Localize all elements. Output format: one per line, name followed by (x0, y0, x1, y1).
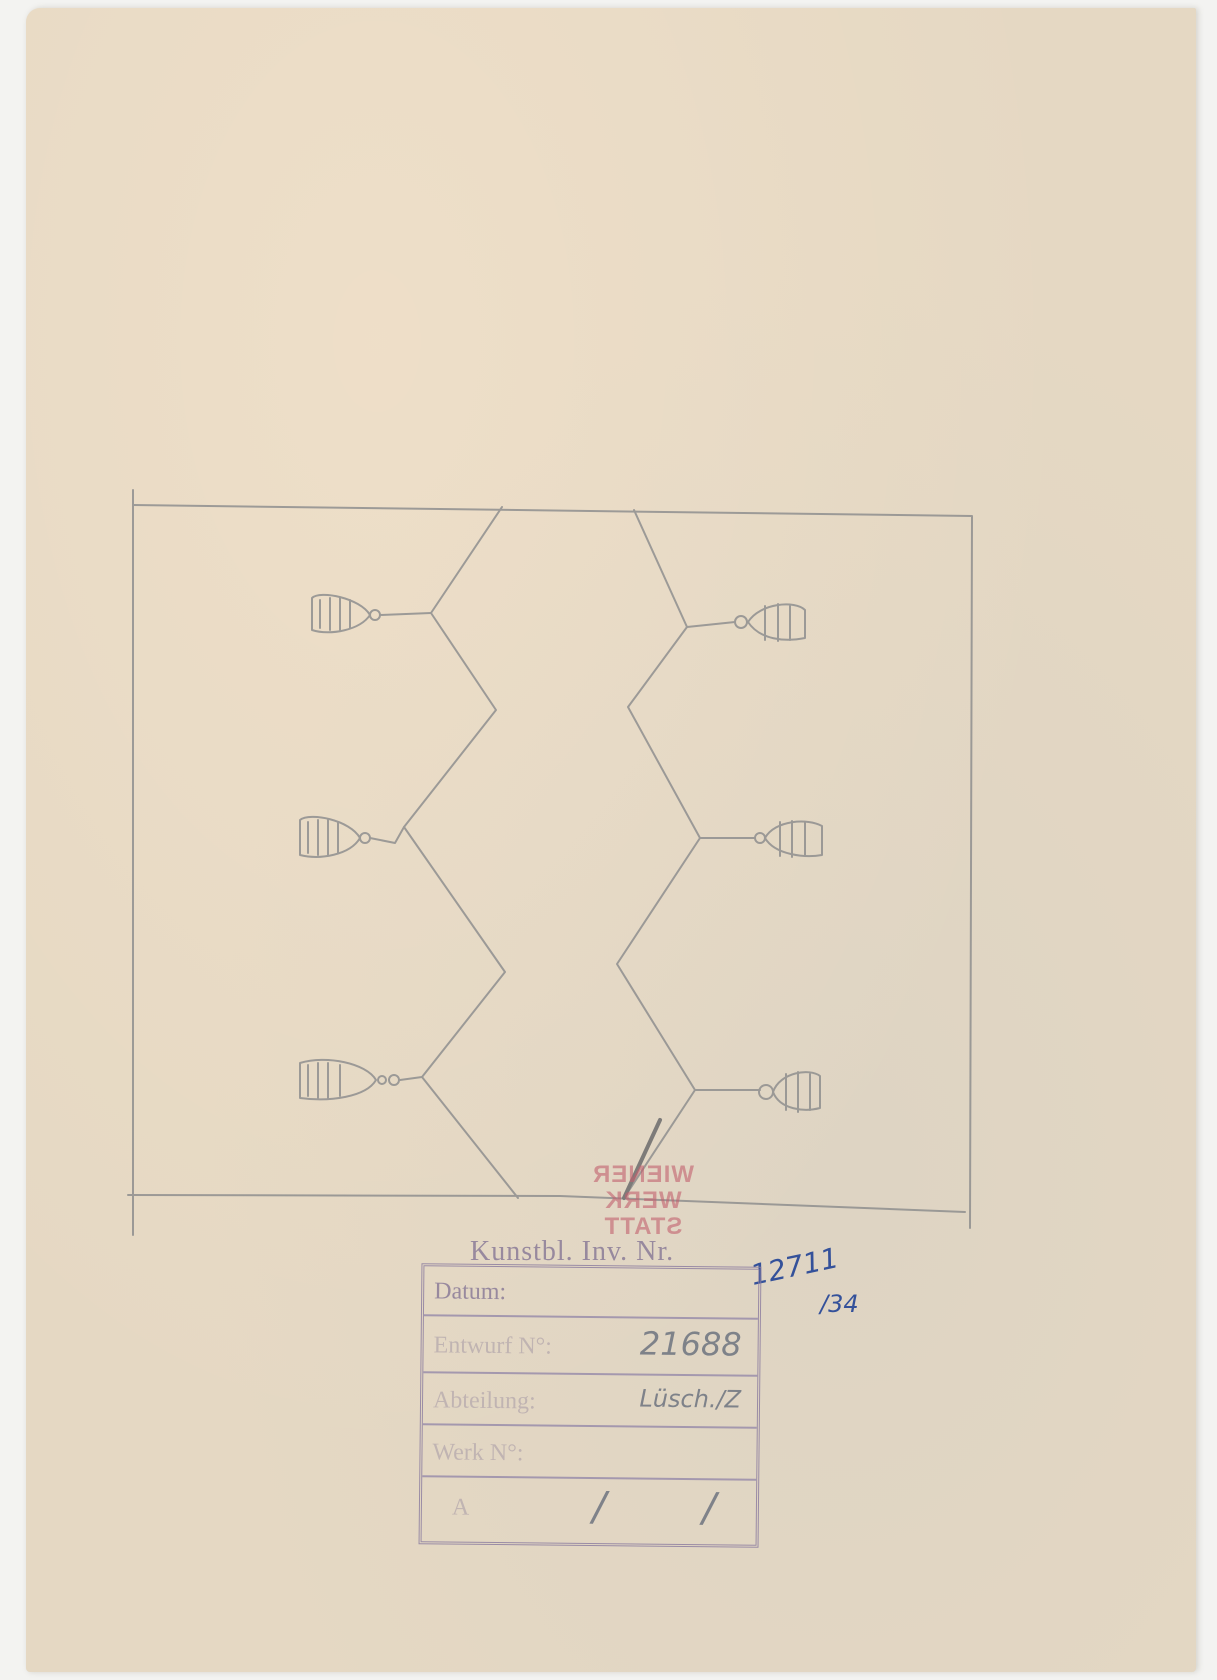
tassel-right-3 (695, 1072, 820, 1112)
stamp-line-2: WERK (588, 1188, 698, 1214)
tassel-left-2 (300, 817, 404, 857)
abteilung-label: Abteilung: (433, 1387, 536, 1414)
record-stamp-box: Datum: Entwurf N°: 21688 Abteilung: Lüsc… (419, 1263, 762, 1548)
bottom-mark-2: / (702, 1480, 716, 1536)
tassel-right-1 (687, 604, 805, 641)
entwurf-row: Entwurf N°: 21688 (423, 1318, 758, 1376)
frame-bottom-line (128, 1195, 965, 1212)
abteilung-row: Abteilung: Lüsch./Z (423, 1375, 758, 1428)
frame-top-right-line (133, 505, 972, 1228)
abteilung-value: Lüsch./Z (639, 1374, 741, 1425)
entwurf-value: 21688 (640, 1317, 742, 1373)
inventory-suffix: /34 (820, 1290, 859, 1318)
right-zigzag (617, 510, 700, 1198)
stamp-line-1: WIENER (588, 1162, 698, 1188)
datum-row: Datum: (424, 1266, 759, 1319)
bottom-row: A / / (422, 1479, 757, 1538)
bottom-mark-1: / (592, 1479, 606, 1535)
tassel-right-2 (700, 821, 822, 857)
entwurf-label: Entwurf N°: (433, 1332, 552, 1359)
tassel-left-1 (312, 595, 431, 632)
werk-row: Werk N°: (422, 1427, 757, 1480)
bottom-label: A (452, 1495, 470, 1521)
tassel-left-3 (300, 1060, 422, 1099)
datum-label: Datum: (434, 1278, 506, 1305)
left-zigzag (404, 507, 518, 1198)
red-mirrored-stamp: WIENER WERK STATT (588, 1162, 698, 1240)
werk-label: Werk N°: (432, 1439, 523, 1466)
